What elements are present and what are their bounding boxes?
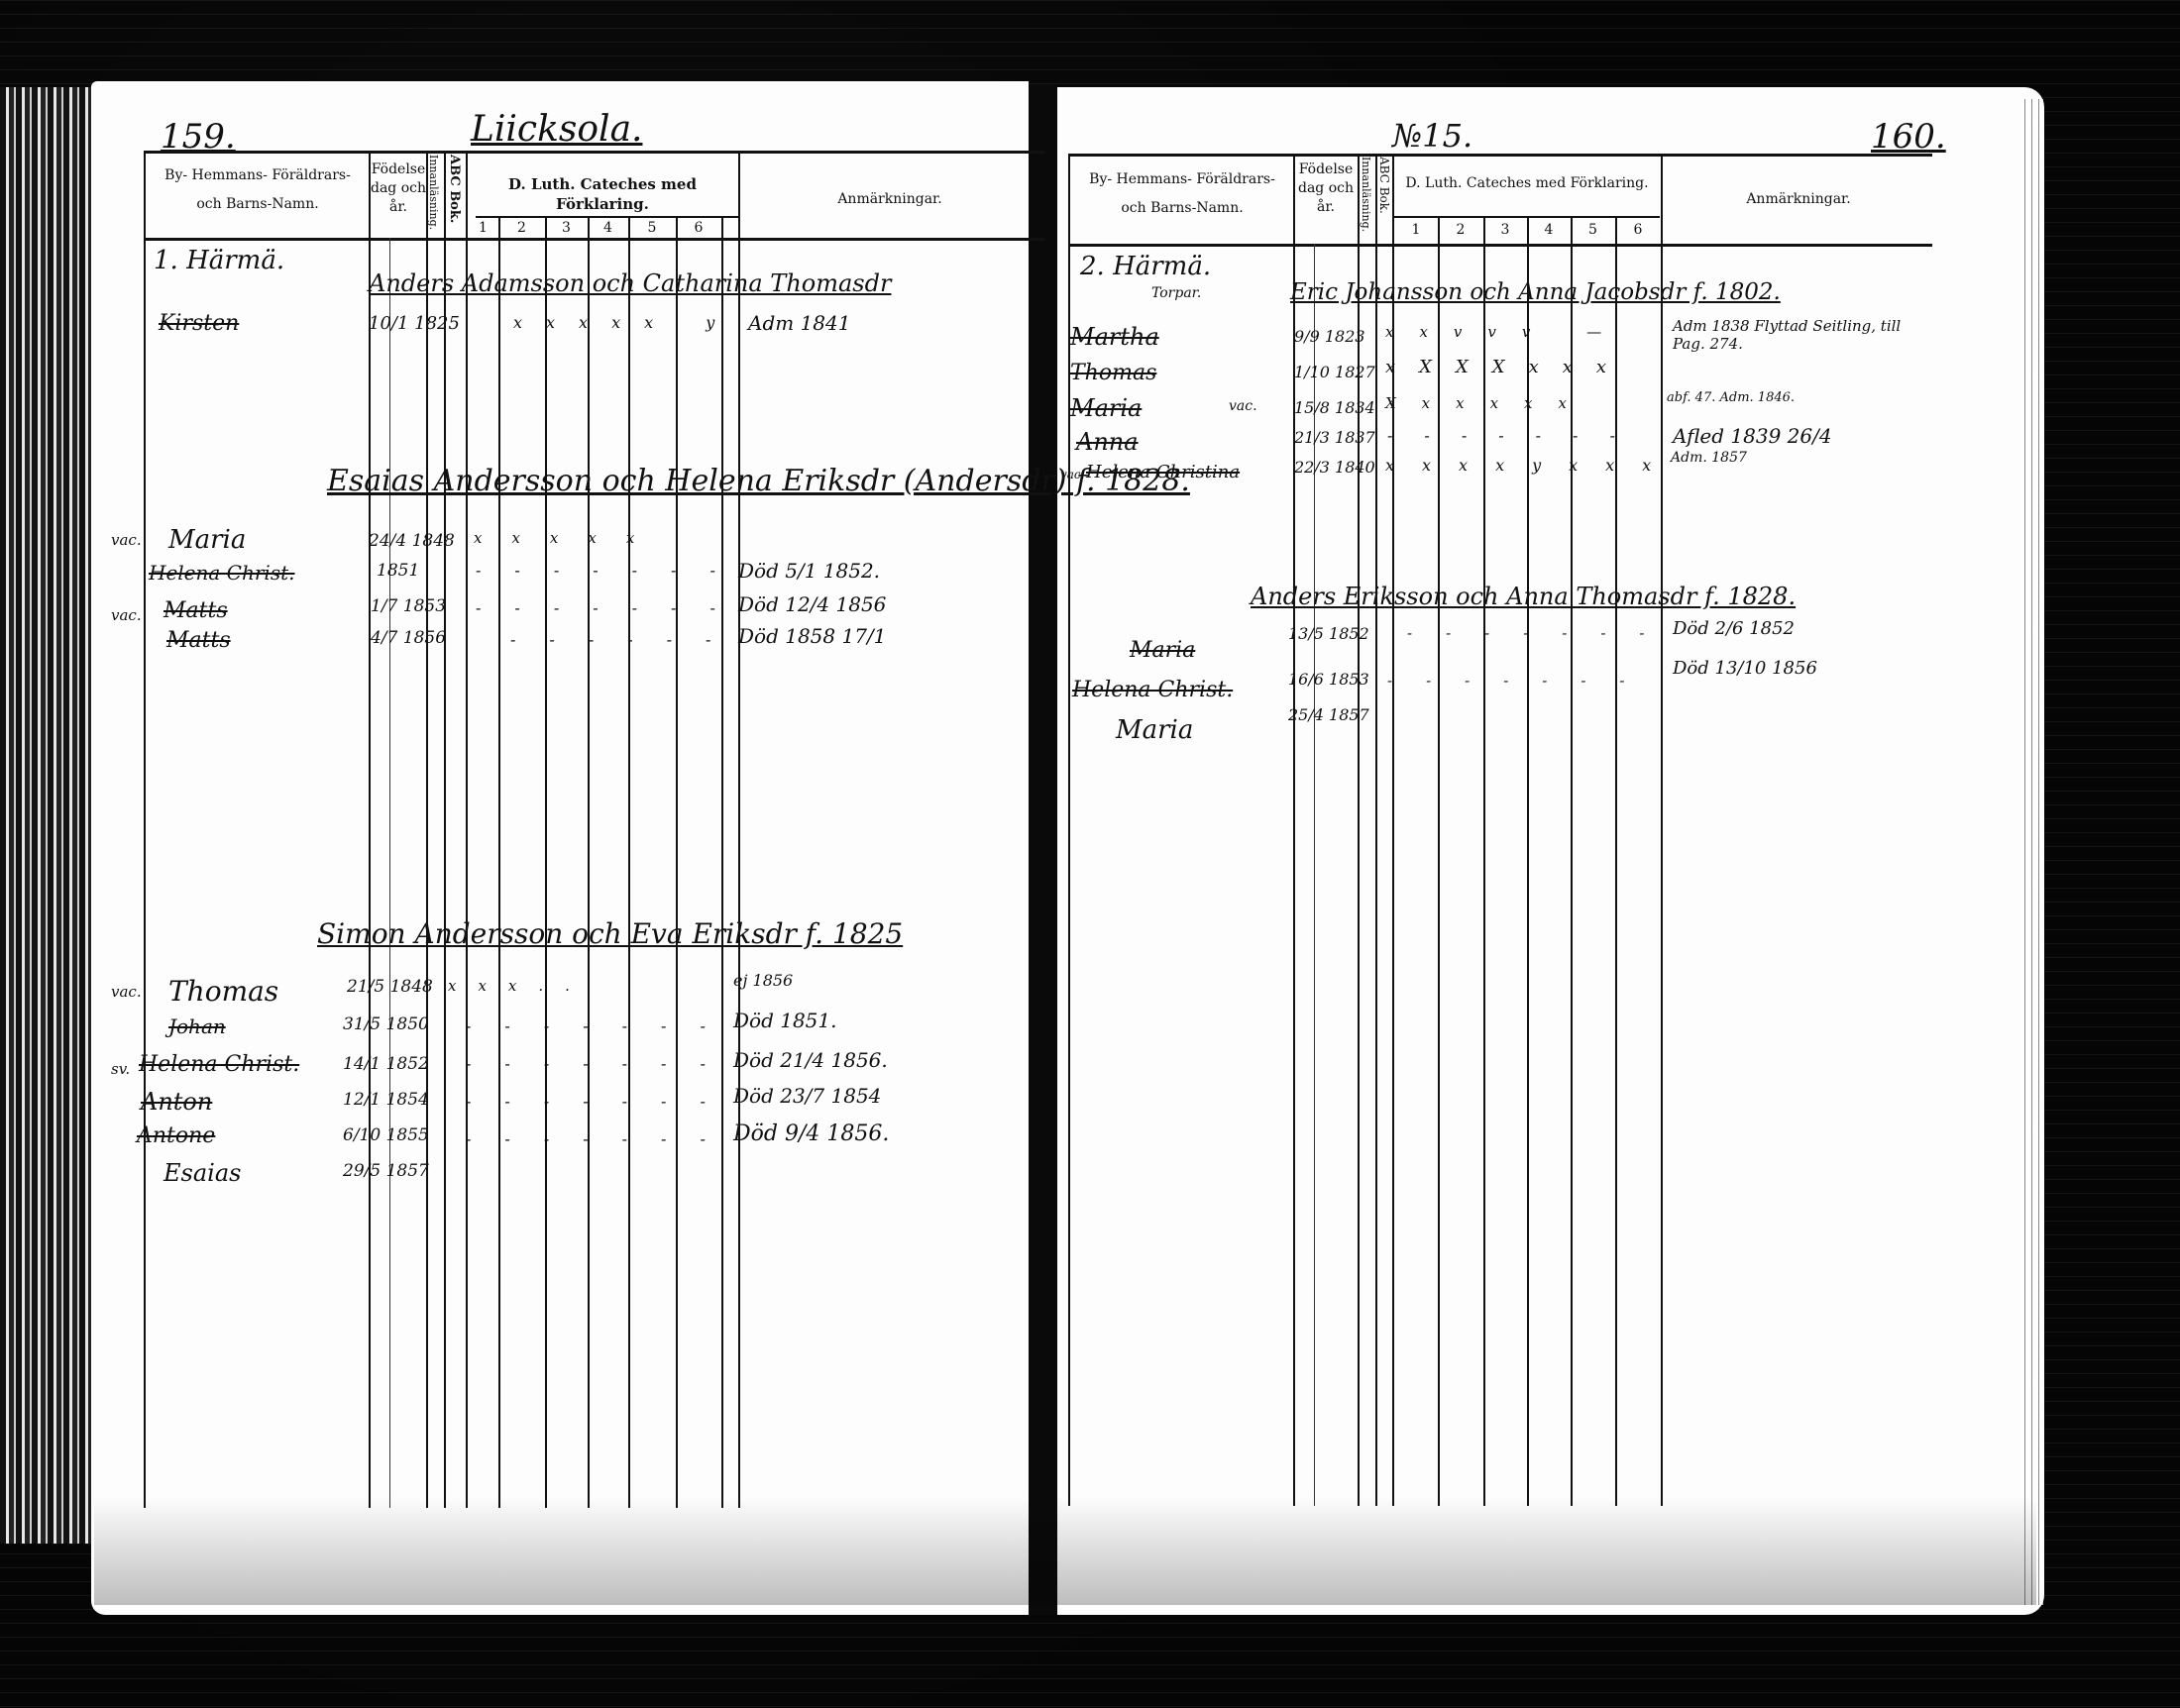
member-birth: 25/4 1857 [1288,705,1369,724]
member-marks: xxxxyxxx [1385,456,1679,475]
member-birth: 21/5 1848 [347,977,433,997]
header-line: år. [1294,198,1358,217]
member-remark: Död 1851. [733,1009,837,1032]
member-birth: 4/7 1856 [371,628,446,648]
catechism-subrule [476,216,738,218]
col-rule [588,216,590,1508]
header-line: och Barns-Namn. [1072,199,1292,218]
member-remark: Adm 1838 Flyttad Seitling, till Pag. 274… [1673,317,1930,353]
catechism-subrule [1392,216,1660,218]
header-line: år. [371,198,426,217]
member-marks: ------- [466,1016,739,1035]
col-rule [1293,154,1295,1506]
header-birth-col: Födelse dag och år. [371,160,426,217]
catechism-col-2: 2 [1438,222,1483,238]
member-remark: Död 13/10 1856 [1673,658,1817,679]
member-name: Maria [1130,638,1195,663]
member-name: Helena Christ. [1072,678,1233,702]
catechism-col-3: 3 [545,220,588,236]
parents-line: Eric Johansson och Anna Jacobsdr f. 1802… [1290,279,1781,305]
parents-line: Anders Eriksson och Anna Thomasdr f. 182… [1251,583,1796,610]
header-top-rule [144,151,1045,154]
member-remark: abf. 47. Adm. 1846. [1667,390,1795,405]
catechism-col-5: 5 [628,220,676,236]
member-prefix: vac. [111,531,142,549]
member-name: Helena Christina [1086,462,1240,482]
catechism-col-6: 6 [1615,222,1661,238]
member-remark: Död 23/7 1854 [733,1084,881,1108]
member-marks: ------- [1387,672,1658,690]
member-name: Helena Christ. [139,1052,299,1077]
col-rule [389,238,390,1508]
member-name: Anton [141,1088,212,1116]
catechism-col-4: 4 [588,220,628,236]
member-birth: 24/4 1848 [369,531,455,551]
member-marks: ------- [1407,624,1678,642]
catechism-col-2: 2 [498,220,545,236]
member-marks: ------- [466,1129,739,1148]
member-birth: 13/5 1852 [1288,624,1369,643]
col-rule [1615,216,1617,1506]
parents-line: Anders Adamsson och Catharina Thomasdr [369,269,891,297]
col-rule [426,151,428,1508]
header-innanlasning: Innanläsning. [1360,157,1372,242]
header-abc: ABC Bok. [1377,157,1391,242]
register-number: №15. [1392,117,1472,155]
header-name-col: By- Hemmans- Föräldrars- och Barns-Namn. [149,166,367,214]
header-line: dag och [1294,179,1358,198]
header-name-col: By- Hemmans- Föräldrars- och Barns-Namn. [1072,170,1292,218]
village-label: 2. Härmä. [1080,252,1211,281]
member-remark: Adm 1841 [748,311,850,335]
header-bottom-rule [1068,244,1932,247]
parish-name: Liicksola. [471,109,642,150]
col-rule [1375,154,1377,1506]
member-marks: ------- [476,561,749,580]
member-birth: 12/1 1854 [343,1090,429,1110]
member-remark: Död 1858 17/1 [738,624,886,648]
member-marks: ------- [466,1092,739,1111]
member-name: Johan [168,1014,226,1038]
col-rule [545,216,547,1508]
catechism-col-3: 3 [1483,222,1527,238]
header-line: Födelse [371,160,426,179]
village-label: 1. Härmä. [154,246,284,275]
header-line: och Barns-Namn. [149,195,367,214]
member-marks: Xxxxxx [1385,394,1592,412]
header-catechism: D. Luth. Cateches med Förklaring. [468,174,737,215]
member-birth: 9/9 1823 [1294,327,1365,346]
book-page-edges-right [2021,99,2043,1605]
col-rule [1068,154,1070,1506]
col-rule [369,151,371,1508]
member-remark: Död 21/4 1856. [733,1048,888,1072]
member-marks: ------- [476,598,749,617]
member-birth: 15/8 1834 [1294,398,1375,417]
col-rule [444,151,446,1508]
col-rule [1358,154,1360,1506]
col-rule [1661,154,1663,1506]
header-line: By- Hemmans- Föräldrars- [149,166,367,185]
member-remark: Död 12/4 1856 [738,592,886,616]
member-remark: ej 1856 [733,971,793,990]
member-prefix: vac. [111,983,142,1001]
header-catechism: D. Luth. Cateches med Förklaring. [1394,174,1660,193]
member-remark: Död 5/1 1852. [738,559,880,583]
member-name: Helena Christ. [149,561,294,585]
header-innanlasning: Innanläsning. [427,155,440,236]
member-remark: Död 2/6 1852 [1673,618,1795,639]
col-rule [721,216,723,1508]
header-abc: ABC Bok. [447,155,462,236]
col-rule [676,216,678,1508]
member-marks: ------- [1387,426,1647,445]
header-remarks: Anmärkningar. [1665,190,1932,209]
member-remark: Afled 1839 26/4 [1673,424,1832,448]
catechism-col-1: 1 [468,220,498,236]
member-marks: xxxxx [474,529,664,547]
member-marks: xxvvv — [1385,323,1627,341]
book-page-edges-left [0,87,94,1544]
member-marks: xxx.. [448,977,592,995]
header-birth-col: Födelse dag och år. [1294,160,1358,217]
member-birth: 14/1 1852 [343,1054,429,1074]
member-birth: 1/10 1827 [1294,363,1375,381]
parents-prefix: Torpar. [1151,285,1201,301]
member-name: Maria [1070,394,1142,422]
parents-line: Simon Andersson och Eva Eriksdr f. 1825 [317,917,903,950]
col-rule [628,216,630,1508]
header-line: dag och [371,179,426,198]
col-rule [738,151,740,1508]
member-name: Maria [168,525,246,555]
member-suffix: vac. [1229,398,1257,414]
member-birth: 29/5 1857 [343,1161,429,1181]
header-bottom-rule [144,238,1045,241]
header-line: Födelse [1294,160,1358,179]
member-prefix: vac. [111,606,142,624]
member-birth: 21/3 1837 [1294,428,1375,447]
member-name: Martha [1070,323,1159,351]
member-birth: 16/6 1853 [1288,670,1369,689]
book-gutter [1029,84,1057,1615]
member-marks: ------ [510,630,744,649]
catechism-col-6: 6 [676,220,721,236]
member-birth: 6/10 1855 [343,1125,429,1145]
catechism-col-4: 4 [1527,222,1571,238]
member-name: Antone [137,1123,215,1148]
member-name: Anna [1076,428,1139,456]
member-name: Esaias [163,1159,241,1187]
header-remarks: Anmärkningar. [741,190,1038,209]
member-name: Thomas [1070,361,1156,385]
header-line: By- Hemmans- Föräldrars- [1072,170,1292,189]
catechism-col-5: 5 [1571,222,1615,238]
right-page-number: 160. [1871,117,1946,157]
member-name: Matts [163,598,228,623]
member-prefix: sv. [111,1060,130,1078]
col-rule [144,151,146,1508]
member-remark: Död 9/4 1856. [733,1121,889,1146]
member-birth: 1/7 1853 [371,596,446,616]
member-remark: Adm. 1857 [1671,450,1747,466]
member-birth: 10/1 1825 [369,313,460,334]
header-top-rule [1068,154,1932,157]
catechism-col-1: 1 [1394,222,1438,238]
member-name: Maria [1116,715,1193,745]
member-marks: ------- [466,1054,739,1073]
member-marks: xXXXxxx [1385,357,1630,377]
col-rule [498,216,500,1508]
member-name: Matts [166,628,231,653]
member-name: Thomas [168,975,278,1008]
col-rule [466,151,468,1508]
member-name: Kirsten [159,311,239,336]
member-birth: 31/5 1850 [343,1014,429,1034]
member-birth: 22/3 1840 [1294,458,1375,477]
member-birth: 1851 [377,561,419,581]
member-prefix: vac. [1060,468,1084,481]
